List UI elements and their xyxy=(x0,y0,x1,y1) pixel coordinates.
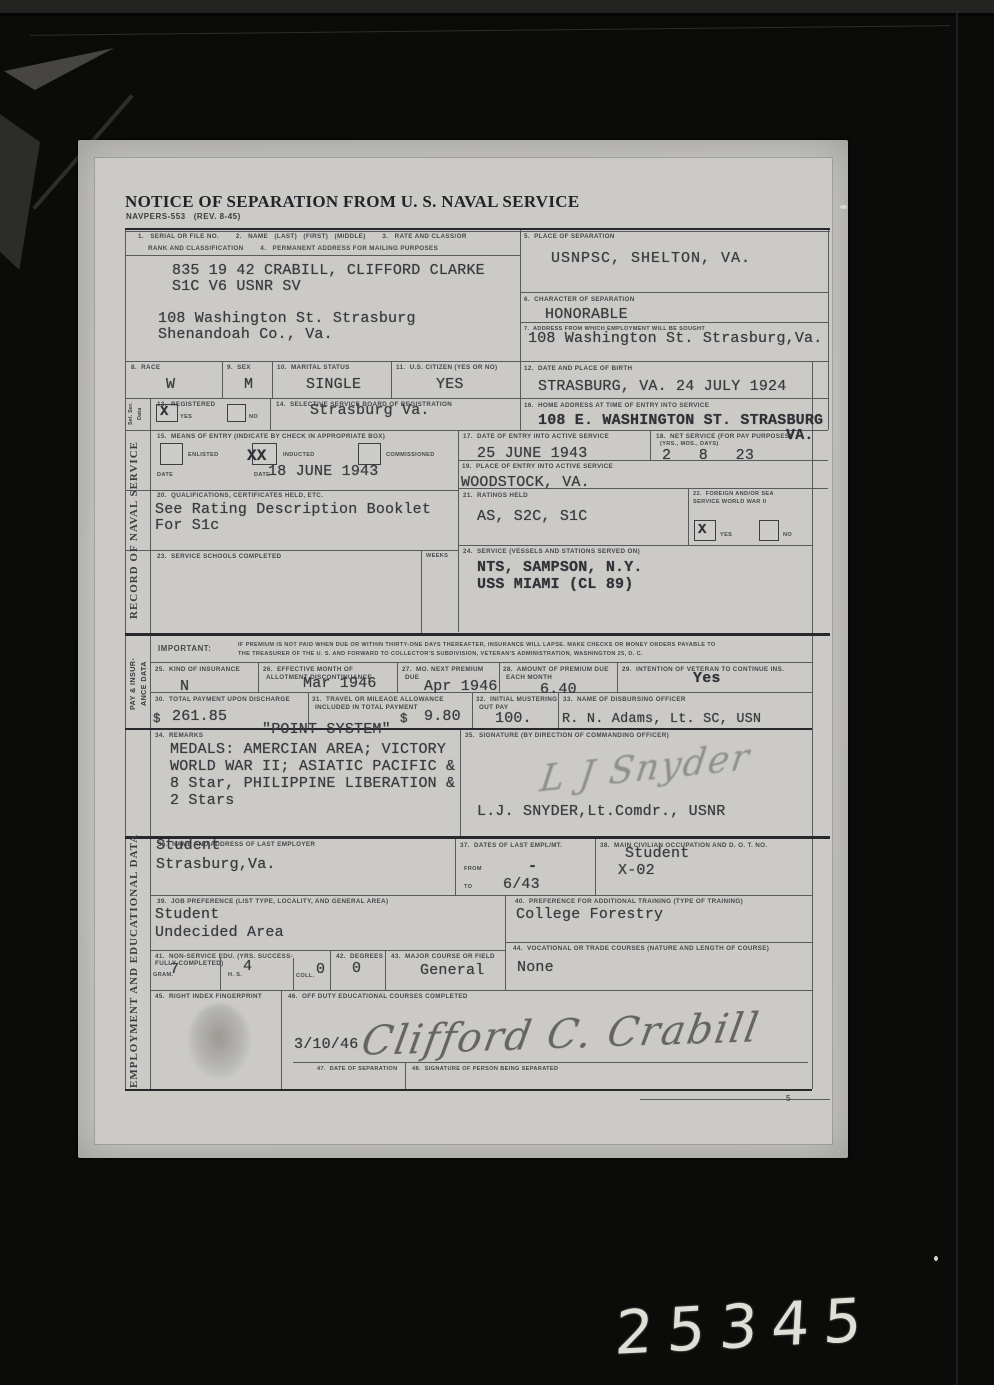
photo-background: NOTICE OF SEPARATION FROM U. S. NAVAL SE… xyxy=(0,0,994,1385)
field-47-label: 47. DATE OF SEPARATION xyxy=(317,1066,397,1072)
field-31-label2: INCLUDED IN TOTAL PAYMENT xyxy=(315,704,418,711)
divider xyxy=(125,550,458,551)
record-section-label: RECORD OF NAVAL SERVICE xyxy=(128,431,140,629)
mailing-address-line1: 108 Washington St. Strasburg xyxy=(158,310,416,327)
divider xyxy=(125,430,828,431)
sea-service-yes-checkmark: X xyxy=(698,522,707,538)
field-41-label: 41. NON-SERVICE EDU. (YRS. SUCCESS- xyxy=(155,953,293,960)
remarks-line4: 2 Stars xyxy=(170,792,234,809)
remarks-line3: 8 Star, PHILIPPINE LIBERATION & xyxy=(170,775,455,792)
divider xyxy=(505,942,812,943)
field-27-label2: DUE xyxy=(405,674,419,681)
home-address-value: 108 E. WASHINGTON ST. STRASBURG xyxy=(538,412,823,429)
frame-top-line xyxy=(0,13,994,16)
important-text-line1: IF PREMIUM IS NOT PAID WHEN DUE OR WITHI… xyxy=(238,642,716,648)
inducted-checkmark: XX xyxy=(247,447,267,465)
divider xyxy=(125,228,126,1089)
page-mark: 5 xyxy=(786,1094,791,1103)
divider xyxy=(270,398,271,430)
occupation-line2: X-02 xyxy=(618,862,655,879)
field-11-label: 11. U.S. CITIZEN (YES OR NO) xyxy=(396,364,497,371)
registered-no-checkbox[interactable] xyxy=(227,404,246,422)
divider xyxy=(688,488,689,545)
divider xyxy=(125,728,812,730)
occupation-line1: Student xyxy=(625,845,689,862)
field-22-label: 22. FOREIGN AND/OR SEA xyxy=(693,491,774,497)
divider xyxy=(397,662,398,692)
divider xyxy=(125,633,830,636)
field-16-label: 16. HOME ADDRESS AT TIME OF ENTRY INTO S… xyxy=(524,402,709,409)
degrees-value: 0 xyxy=(352,960,361,977)
allotment-month-value: Mar 1946 xyxy=(303,675,377,692)
fingerprint-smudge xyxy=(188,1004,250,1078)
field-9-label: 9. SEX xyxy=(227,364,251,371)
divider xyxy=(421,550,422,633)
mailing-address-line2: Shenandoah Co., Va. xyxy=(158,326,333,343)
divider xyxy=(281,990,282,1089)
divider xyxy=(125,228,830,230)
divider xyxy=(499,662,500,692)
field-10-label: 10. MARITAL STATUS xyxy=(277,364,350,371)
employment-address-value: 108 Washington St. Strasburg,Va. xyxy=(528,330,822,347)
corner-patch xyxy=(4,48,114,90)
field-25-label: 25. KIND OF INSURANCE xyxy=(155,666,240,673)
field-8-label: 8. RACE xyxy=(131,364,160,371)
field-43-label: 43. MAJOR COURSE OR FIELD xyxy=(391,953,495,960)
field-45-label: 45. RIGHT INDEX FINGERPRINT xyxy=(155,993,262,1000)
field-20-label: 20. QUALIFICATIONS, CERTIFICATES HELD, E… xyxy=(157,492,323,499)
divider xyxy=(330,950,331,990)
field-1-3-label: 1. SERIAL OR FILE NO. 2. NAME (LAST) (FI… xyxy=(138,233,467,240)
marital-status-value: SINGLE xyxy=(306,376,361,393)
job-preference-line2: Undecided Area xyxy=(155,924,284,941)
sea-service-yes-label: YES xyxy=(720,532,732,538)
field-12-label: 12. DATE AND PLACE OF BIRTH xyxy=(524,365,632,372)
employment-to-value: 6/43 xyxy=(503,876,540,893)
entry-place-value: WOODSTOCK, VA. xyxy=(461,474,590,491)
registered-yes-label: YES xyxy=(180,414,192,420)
disbursing-officer-value: R. N. Adams, Lt. SC, USN xyxy=(562,712,761,727)
vessels-line1: NTS, SAMPSON, N.Y. xyxy=(477,559,643,576)
field-26-label: 26. EFFECTIVE MONTH OF xyxy=(263,666,353,673)
divider xyxy=(640,1099,830,1100)
character-of-separation-value: HONORABLE xyxy=(545,306,628,323)
divider xyxy=(125,361,828,362)
college-years-value: 0 xyxy=(316,961,325,978)
frame-top-strip xyxy=(0,0,994,13)
dust-speck xyxy=(840,205,847,209)
divider xyxy=(150,950,505,951)
qualifications-line2: For S1c xyxy=(155,517,219,534)
commissioned-label: COMMISSIONED xyxy=(386,452,435,458)
continue-insurance-value: Yes xyxy=(693,670,721,687)
ratings-held-value: AS, S2C, S1C xyxy=(477,508,587,525)
sea-service-no-label: NO xyxy=(783,532,792,538)
enlisted-checkbox[interactable] xyxy=(160,443,183,465)
field-48-label: 48. SIGNATURE OF PERSON BEING SEPARATED xyxy=(412,1066,558,1072)
major-course-value: General xyxy=(420,962,484,979)
divider xyxy=(595,836,596,895)
frame-diagonal-line xyxy=(30,25,950,36)
sea-service-no-checkbox[interactable] xyxy=(759,520,779,541)
divider xyxy=(150,895,812,896)
field-21-label: 21. RATINGS HELD xyxy=(463,492,528,499)
from-label: FROM xyxy=(464,866,482,872)
qualifications-line1: See Rating Description Booklet xyxy=(155,501,431,518)
divider xyxy=(125,231,830,232)
entry-date-value: 18 JUNE 1943 xyxy=(268,463,378,480)
form-title: NOTICE OF SEPARATION FROM U. S. NAVAL SE… xyxy=(125,192,580,212)
field-15-label: 15. MEANS OF ENTRY (INDICATE BY CHECK IN… xyxy=(157,433,385,440)
to-label: TO xyxy=(464,884,472,890)
frame-right-edge xyxy=(956,0,958,1385)
remarks-heading: "POINT SYSTEM" xyxy=(262,721,391,738)
pay-section-label: PAY & INSUR- xyxy=(128,641,137,727)
divider xyxy=(812,361,813,1089)
field-30-label: 30. TOTAL PAYMENT UPON DISCHARGE xyxy=(155,696,290,703)
mustering-out-pay-value: 100. xyxy=(495,710,532,727)
field-37-label: 37. DATES OF LAST EMPL/MT. xyxy=(460,842,562,849)
divider xyxy=(405,1062,406,1089)
race-value: W xyxy=(166,376,175,393)
selective-service-board-value: Strasburg Va. xyxy=(310,402,430,419)
vocational-courses-value: None xyxy=(517,959,554,976)
divider xyxy=(222,361,223,398)
field-44-label: 44. VOCATIONAL OR TRADE COURSES (NATURE … xyxy=(513,945,769,952)
last-employer-line2: Strasburg,Va. xyxy=(156,856,276,873)
sex-value: M xyxy=(244,376,253,393)
net-service-value: 2 8 23 xyxy=(662,447,754,464)
birth-value: STRASBURG, VA. 24 JULY 1924 xyxy=(538,378,786,395)
field-34-label: 34. REMARKS xyxy=(155,732,203,739)
vessels-line2: USS MIAMI (CL 89) xyxy=(477,576,633,593)
field-39-label: 39. JOB PREFERENCE (LIST TYPE, LOCALITY,… xyxy=(157,898,388,905)
registered-yes-checkmark: X xyxy=(160,404,169,420)
field-28-label: 28. AMOUNT OF PREMIUM DUE xyxy=(503,666,609,673)
home-address-value2: VA. xyxy=(786,427,814,444)
divider xyxy=(272,361,273,398)
divider xyxy=(458,430,459,632)
field-24-label: 24. SERVICE (VESSELS AND STATIONS SERVED… xyxy=(463,548,640,555)
employment-from-value: - xyxy=(528,858,537,875)
divider xyxy=(828,228,829,430)
discharge-payment-currency: $ xyxy=(153,712,161,726)
field-40-label: 40. PREFERENCE FOR ADDITIONAL TRAINING (… xyxy=(515,898,743,905)
divider xyxy=(150,990,812,991)
college-label: COLL. xyxy=(296,973,315,979)
divider xyxy=(150,662,812,663)
date-label: DATE xyxy=(157,472,173,478)
divider xyxy=(650,430,651,460)
divider xyxy=(458,545,812,546)
inducted-label: INDUCTED xyxy=(283,452,315,458)
divider xyxy=(125,490,458,491)
corner-patch xyxy=(0,110,40,270)
divider xyxy=(125,1089,812,1091)
registered-no-label: NO xyxy=(249,414,258,420)
citizen-value: YES xyxy=(436,376,464,393)
important-text-line2: THE TREASURER OF THE U. S. AND FORWARD T… xyxy=(238,651,643,657)
premium-amount-value: 6.40 xyxy=(540,681,577,698)
pay-section-label2: ANCE DATA xyxy=(139,641,148,727)
field-42-label: 42. DEGREES xyxy=(336,953,383,960)
divider xyxy=(293,958,294,990)
field-28-label2: EACH MONTH xyxy=(506,674,552,681)
field-18-label: 18. NET SERVICE (FOR PAY PURPOSES) xyxy=(656,433,792,440)
travel-allowance-currency: $ xyxy=(400,712,408,726)
field-23-label: 23. SERVICE SCHOOLS COMPLETED xyxy=(157,553,281,560)
divider xyxy=(460,728,461,836)
important-label: IMPORTANT: xyxy=(158,644,212,653)
field-35-label: 35. SIGNATURE (BY DIRECTION OF COMMANDIN… xyxy=(465,732,669,739)
remarks-line2: WORLD WAR II; ASIATIC PACIFIC & xyxy=(170,758,455,775)
divider xyxy=(505,895,506,990)
divider xyxy=(150,398,151,1089)
rate-value: S1C V6 USNR SV xyxy=(172,278,301,295)
field-19-label: 19. PLACE OF ENTRY INTO ACTIVE SERVICE xyxy=(462,463,613,470)
next-premium-value: Apr 1946 xyxy=(424,678,498,695)
divider xyxy=(617,662,618,692)
remarks-line1: MEDALS: AMERCIAN AREA; VICTORY xyxy=(170,741,446,758)
divider xyxy=(125,255,520,256)
discharge-payment-value: 261.85 xyxy=(172,708,227,725)
divider xyxy=(258,662,259,692)
field-27-label: 27. MO. NEXT PREMIUM xyxy=(402,666,484,673)
sel-ser-data-label2: Data xyxy=(137,401,143,427)
place-of-separation-value: USNPSC, SHELTON, VA. xyxy=(551,250,751,267)
insurance-kind-value: N xyxy=(180,678,189,695)
field-5-label: 5. PLACE OF SEPARATION xyxy=(524,233,615,240)
high-school-label: H. S. xyxy=(228,972,242,978)
weeks-label: WEEKS xyxy=(426,553,448,559)
enlisted-label: ENLISTED xyxy=(188,452,218,458)
dust-speck xyxy=(934,1256,938,1261)
field-33-label: 33. NAME OF DISBURSING OFFICER xyxy=(563,696,686,703)
divider xyxy=(385,950,386,990)
dust-speck xyxy=(560,425,563,428)
commissioned-checkbox[interactable] xyxy=(358,443,381,465)
field-41-label2: FULLY COMPLETED) xyxy=(155,960,224,967)
sel-ser-data-label: Sel. Ser. xyxy=(128,399,134,428)
divider xyxy=(391,361,392,398)
divider xyxy=(472,692,473,728)
form-number: NAVPERS-553 (REV. 8-45) xyxy=(126,212,241,221)
employment-section-label: EMPLOYMENT AND EDUCATIONAL DATA xyxy=(128,842,140,1088)
field-6-label: 6. CHARACTER OF SEPARATION xyxy=(524,296,635,303)
field-31-label: 31. TRAVEL OR MILEAGE ALLOWANCE xyxy=(312,696,444,703)
last-employer-line1: Student xyxy=(156,837,220,854)
active-service-date-value: 25 JUNE 1943 xyxy=(477,445,587,462)
training-preference-value: College Forestry xyxy=(516,906,663,923)
divider xyxy=(125,398,828,399)
divider xyxy=(520,292,828,293)
archive-number: 25345 xyxy=(613,1285,877,1369)
field-46-label: 46. OFF DUTY EDUCATIONAL COURSES COMPLET… xyxy=(288,993,468,1000)
separation-date-value: 3/10/46 xyxy=(294,1036,358,1053)
divider xyxy=(125,836,830,839)
grammar-years-value: 7 xyxy=(170,961,179,978)
commanding-officer-typed-name: L.J. SNYDER,Lt.Comdr., USNR xyxy=(477,803,725,820)
job-preference-line1: Student xyxy=(155,906,219,923)
divider xyxy=(455,836,456,895)
field-4-label: RANK AND CLASSIFICATION 4. PERMANENT ADD… xyxy=(148,245,438,252)
divider xyxy=(520,228,521,430)
high-school-years-value: 4 xyxy=(243,958,252,975)
travel-allowance-value: 9.80 xyxy=(424,708,461,725)
serial-and-name-value: 835 19 42 CRABILL, CLIFFORD CLARKE xyxy=(172,262,485,279)
field-17-label: 17. DATE OF ENTRY INTO ACTIVE SERVICE xyxy=(463,433,609,440)
field-22-label2: SERVICE WORLD WAR II xyxy=(693,499,766,505)
